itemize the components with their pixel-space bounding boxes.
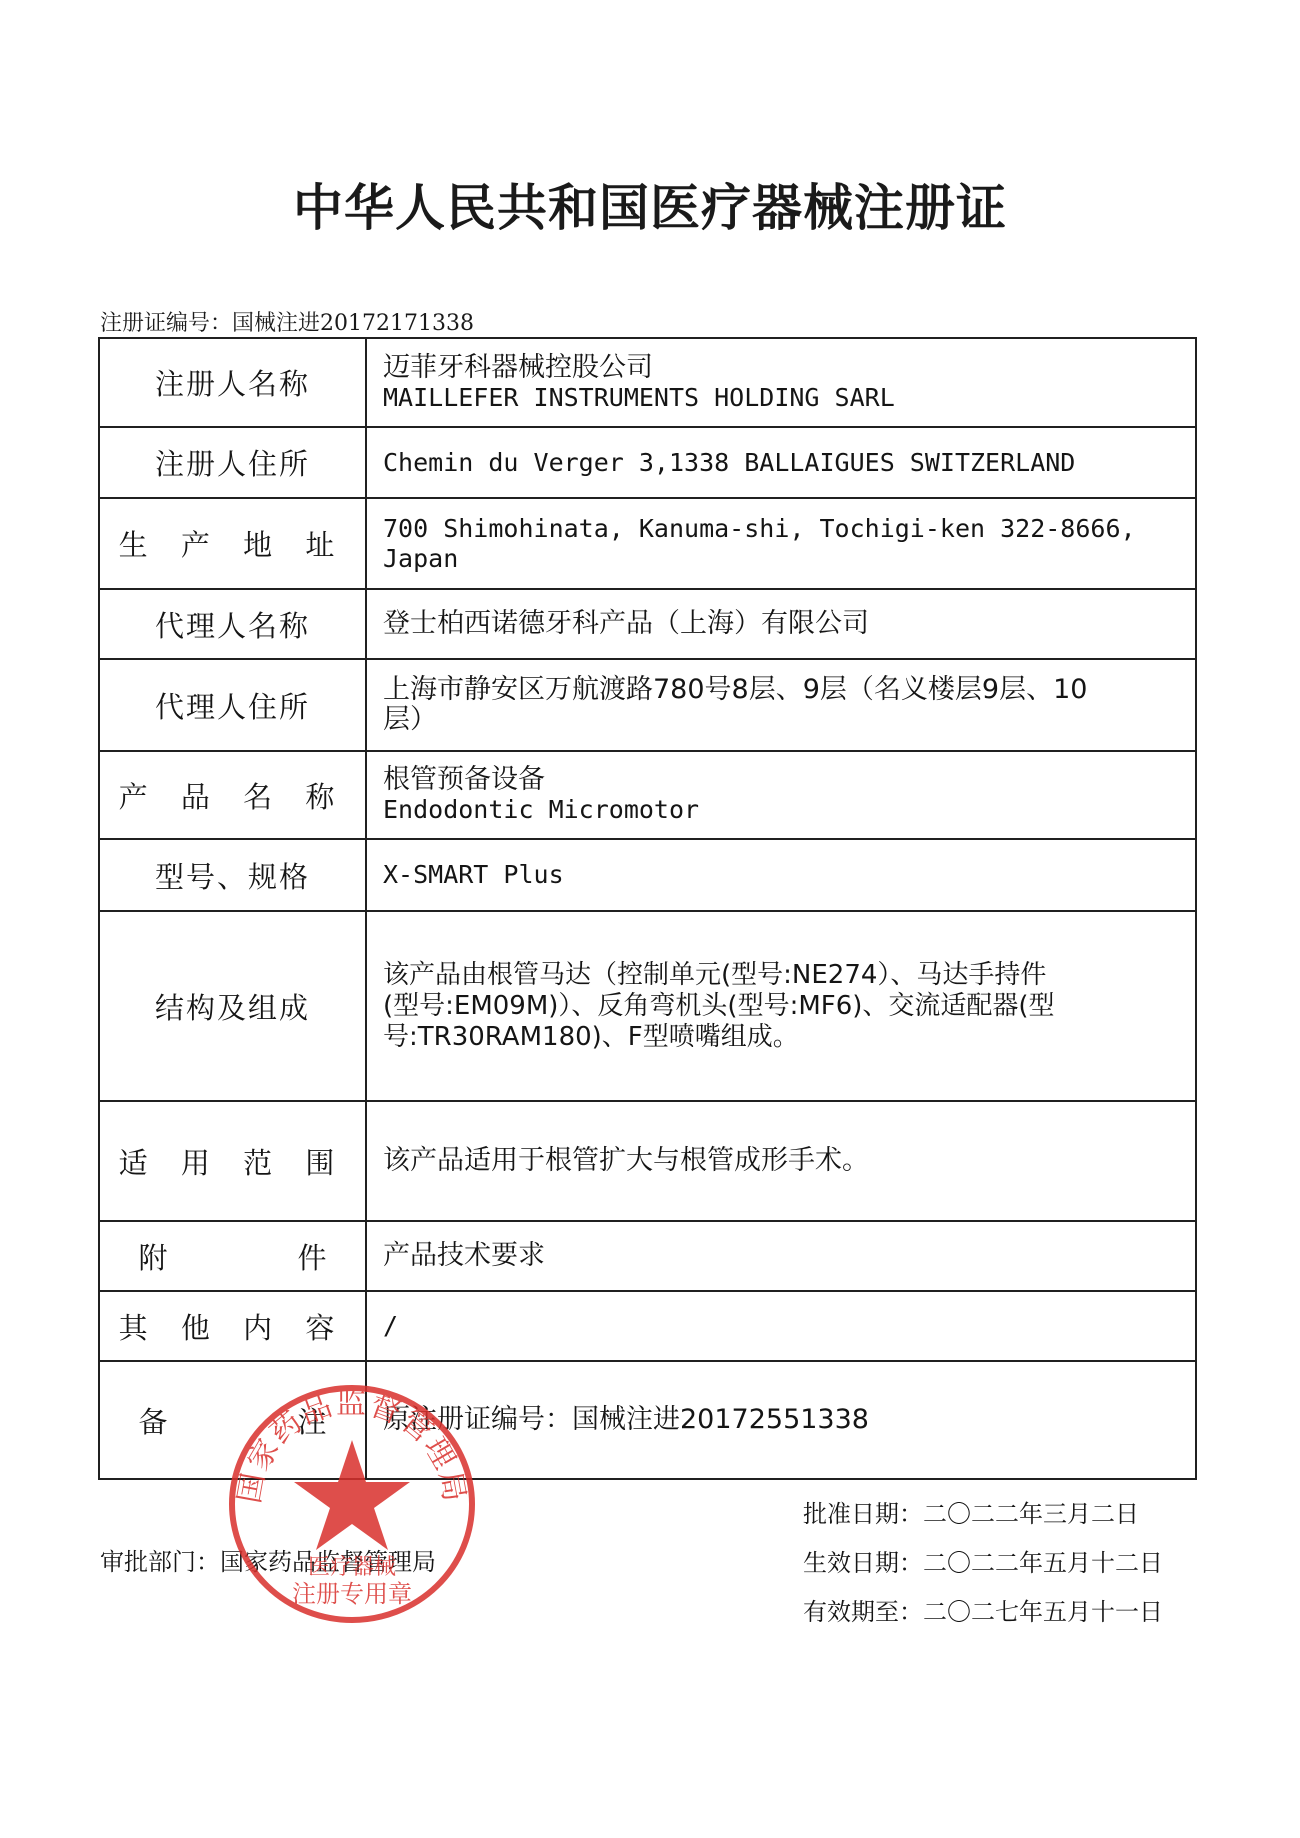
attachment-label-left: 附 — [138, 1241, 167, 1275]
row-model-spec: 型号、规格 X-SMART Plus — [99, 839, 1196, 911]
value-scope-of-application: 该产品适用于根管扩大与根管成形手术。 — [366, 1101, 1196, 1221]
label-scope-of-application: 适 用 范 围 — [99, 1101, 366, 1221]
value-agent-address: 上海市静安区万航渡路780号8层、9层（名义楼层9层、10 层） — [366, 659, 1196, 751]
attachment-value: 产品技术要求 — [383, 1240, 545, 1271]
agent-name-value: 登士柏西诺德牙科产品（上海）有限公司 — [383, 608, 869, 639]
value-model-spec: X-SMART Plus — [366, 839, 1196, 911]
approval-date-label: 批准日期： — [803, 1500, 923, 1528]
registration-number-label: 注册证编号： — [100, 311, 232, 336]
row-agent-address: 代理人住所 上海市静安区万航渡路780号8层、9层（名义楼层9层、10 层） — [99, 659, 1196, 751]
row-scope-of-application: 适 用 范 围 该产品适用于根管扩大与根管成形手术。 — [99, 1101, 1196, 1221]
label-attachment: 附件 — [99, 1221, 366, 1291]
value-product-name: 根管预备设备 Endodontic Micromotor — [366, 751, 1196, 839]
value-production-address: 700 Shimohinata, Kanuma-shi, Tochigi-ken… — [366, 498, 1196, 589]
valid-until: 有效期至：二〇二七年五月十一日 — [803, 1588, 1163, 1637]
row-attachment: 附件 产品技术要求 — [99, 1221, 1196, 1291]
composition-line3: 号:TR30RAM180)、F型喷嘴组成。 — [383, 1022, 1179, 1053]
agent-address-line2: 层） — [383, 705, 1179, 735]
production-address-line1: 700 Shimohinata, Kanuma-shi, Tochigi-ken… — [383, 514, 1179, 544]
label-registrant-address: 注册人住所 — [99, 427, 366, 498]
composition-line2: (型号:EM09M)）、反角弯机头(型号:MF6)、交流适配器(型 — [383, 991, 1179, 1022]
row-structure-composition: 结构及组成 该产品由根管马达（控制单元(型号:NE274）、马达手持件 (型号:… — [99, 911, 1196, 1101]
remarks-label-right: 注 — [298, 1405, 327, 1439]
approval-date-value: 二〇二二年三月二日 — [923, 1500, 1139, 1528]
effective-date-value: 二〇二二年五月十二日 — [923, 1549, 1163, 1577]
row-product-name: 产 品 名 称 根管预备设备 Endodontic Micromotor — [99, 751, 1196, 839]
agent-address-line1: 上海市静安区万航渡路780号8层、9层（名义楼层9层、10 — [383, 675, 1179, 705]
certificate-table: 注册人名称 迈菲牙科器械控股公司 MAILLEFER INSTRUMENTS H… — [98, 337, 1197, 1480]
label-remarks: 备注 — [99, 1361, 366, 1479]
value-structure-composition: 该产品由根管马达（控制单元(型号:NE274）、马达手持件 (型号:EM09M)… — [366, 911, 1196, 1101]
label-production-address: 生 产 地 址 — [99, 498, 366, 589]
approval-department: 审批部门：国家药品监督管理局 — [100, 1542, 436, 1577]
label-agent-name: 代理人名称 — [99, 589, 366, 659]
row-registrant-name: 注册人名称 迈菲牙科器械控股公司 MAILLEFER INSTRUMENTS H… — [99, 338, 1196, 427]
label-registrant-name: 注册人名称 — [99, 338, 366, 427]
value-remarks: 原注册证编号：国械注进20172551338 — [366, 1361, 1196, 1479]
label-agent-address: 代理人住所 — [99, 659, 366, 751]
row-other-content: 其 他 内 容 / — [99, 1291, 1196, 1361]
value-registrant-address: Chemin du Verger 3,1338 BALLAIGUES SWITZ… — [366, 427, 1196, 498]
label-other-content: 其 他 内 容 — [99, 1291, 366, 1361]
attachment-label-right: 件 — [298, 1241, 327, 1275]
value-agent-name: 登士柏西诺德牙科产品（上海）有限公司 — [366, 589, 1196, 659]
scope-value: 该产品适用于根管扩大与根管成形手术。 — [383, 1145, 869, 1176]
label-structure-composition: 结构及组成 — [99, 911, 366, 1101]
value-registrant-name: 迈菲牙科器械控股公司 MAILLEFER INSTRUMENTS HOLDING… — [366, 338, 1196, 427]
approval-department-value: 国家药品监督管理局 — [220, 1548, 436, 1576]
label-model-spec: 型号、规格 — [99, 839, 366, 911]
seal-inner-line2: 注册专用章 — [292, 1580, 412, 1608]
row-remarks: 备注 原注册证编号：国械注进20172551338 — [99, 1361, 1196, 1479]
product-name-en: Endodontic Micromotor — [383, 795, 1179, 825]
row-production-address: 生 产 地 址 700 Shimohinata, Kanuma-shi, Toc… — [99, 498, 1196, 589]
valid-until-label: 有效期至： — [803, 1598, 923, 1626]
registrant-name-en: MAILLEFER INSTRUMENTS HOLDING SARL — [383, 383, 1179, 413]
value-other-content: / — [366, 1291, 1196, 1361]
remarks-value: 原注册证编号：国械注进20172551338 — [383, 1404, 869, 1435]
approval-department-label: 审批部门： — [100, 1548, 220, 1576]
production-address-line2: Japan — [383, 544, 1179, 574]
row-agent-name: 代理人名称 登士柏西诺德牙科产品（上海）有限公司 — [99, 589, 1196, 659]
effective-date: 生效日期：二〇二二年五月十二日 — [803, 1539, 1163, 1588]
registration-number: 注册证编号：国械注进20172171338 — [100, 306, 474, 337]
certificate-title: 中华人民共和国医疗器械注册证 — [0, 168, 1300, 240]
effective-date-label: 生效日期： — [803, 1549, 923, 1577]
approval-date: 批准日期：二〇二二年三月二日 — [803, 1490, 1163, 1539]
value-attachment: 产品技术要求 — [366, 1221, 1196, 1291]
valid-until-value: 二〇二七年五月十一日 — [923, 1598, 1163, 1626]
registrant-name-cn: 迈菲牙科器械控股公司 — [383, 353, 1179, 383]
composition-line1: 该产品由根管马达（控制单元(型号:NE274）、马达手持件 — [383, 960, 1179, 991]
footer-dates: 批准日期：二〇二二年三月二日 生效日期：二〇二二年五月十二日 有效期至：二〇二七… — [803, 1490, 1163, 1637]
row-registrant-address: 注册人住所 Chemin du Verger 3,1338 BALLAIGUES… — [99, 427, 1196, 498]
remarks-label-left: 备 — [138, 1405, 167, 1439]
label-product-name: 产 品 名 称 — [99, 751, 366, 839]
registration-number-value: 国械注进20172171338 — [232, 311, 474, 336]
product-name-cn: 根管预备设备 — [383, 765, 1179, 795]
